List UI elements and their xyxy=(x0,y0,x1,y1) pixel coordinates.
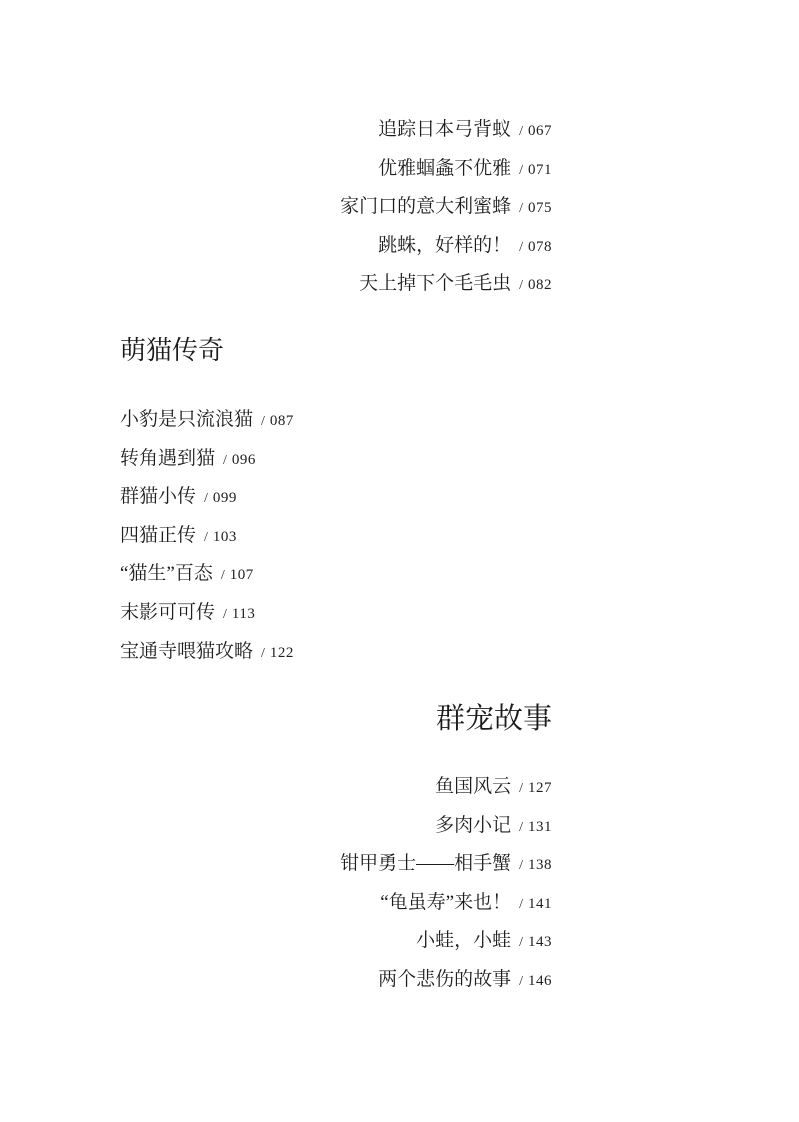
toc-entry: 家门口的意大利蜜蜂/075 xyxy=(340,189,552,228)
toc-entry-page: 122 xyxy=(270,645,294,661)
toc-entry-separator: / xyxy=(519,124,523,139)
toc-entry: 四猫正传/103 xyxy=(120,518,294,557)
toc-entry-page: 067 xyxy=(528,123,552,139)
toc-entry: 群猫小传/099 xyxy=(120,479,294,518)
toc-entry-page: 103 xyxy=(213,529,237,545)
toc-entry-page: 138 xyxy=(528,857,552,873)
toc-entry: 两个悲伤的故事/146 xyxy=(340,962,552,1001)
toc-entry: 小蛙，小蛙/143 xyxy=(340,923,552,962)
toc-entry: 宝通寺喂猫攻略/122 xyxy=(120,634,294,673)
toc-entry-title: 末影可可传 xyxy=(120,602,215,623)
toc-entry: 多肉小记/131 xyxy=(340,808,552,847)
toc-entry-title: 群猫小传 xyxy=(120,486,196,507)
toc-entry-title: 鱼国风云 xyxy=(435,776,511,797)
toc-entry-separator: / xyxy=(221,568,225,583)
toc-entry-separator: / xyxy=(261,646,265,661)
toc-entry-title: “龟虽寿”来也！ xyxy=(380,892,511,913)
toc-entry-page: 078 xyxy=(528,239,552,255)
toc-entry: 追踪日本弓背蚁/067 xyxy=(340,112,552,151)
toc-entry-separator: / xyxy=(519,897,523,912)
toc-entry-separator: / xyxy=(519,781,523,796)
toc-entry: 末影可可传/113 xyxy=(120,595,294,634)
toc-entry-title: 两个悲伤的故事 xyxy=(378,969,511,990)
toc-entry-page: 075 xyxy=(528,200,552,216)
section-heading-cats: 萌猫传奇 xyxy=(120,336,224,366)
toc-entry-page: 087 xyxy=(270,413,294,429)
toc-entry-title: 小蛙，小蛙 xyxy=(416,930,511,951)
toc-entry-separator: / xyxy=(223,607,227,622)
toc-entry-separator: / xyxy=(519,974,523,989)
toc-entry: 优雅蝈螽不优雅/071 xyxy=(340,151,552,190)
toc-entry-page: 146 xyxy=(528,973,552,989)
toc-entry-page: 113 xyxy=(232,606,255,622)
toc-entry-separator: / xyxy=(204,530,208,545)
toc-entry: 跳蛛，好样的！/078 xyxy=(340,228,552,267)
toc-section-list-pets: 鱼国风云/127 多肉小记/131 钳甲勇士——相手蟹/138 “龟虽寿”来也！… xyxy=(340,769,552,1001)
toc-entry-separator: / xyxy=(519,163,523,178)
toc-entry-separator: / xyxy=(519,935,523,950)
toc-entry-separator: / xyxy=(519,201,523,216)
toc-entry-separator: / xyxy=(519,820,523,835)
toc-entry-title: 多肉小记 xyxy=(435,815,511,836)
toc-entry-title: 追踪日本弓背蚁 xyxy=(378,119,511,140)
toc-entry-title: 小豹是只流浪猫 xyxy=(120,409,253,430)
toc-entry-page: 096 xyxy=(232,452,256,468)
toc-entry-title: 钳甲勇士——相手蟹 xyxy=(340,853,511,874)
toc-entry-title: 跳蛛，好样的！ xyxy=(378,235,511,256)
toc-entry-separator: / xyxy=(519,278,523,293)
toc-entry-page: 082 xyxy=(528,277,552,293)
toc-entry-title: 天上掉下个毛毛虫 xyxy=(359,273,511,294)
toc-entry-page: 127 xyxy=(528,780,552,796)
toc-entry-page: 107 xyxy=(230,567,254,583)
toc-entry-separator: / xyxy=(261,414,265,429)
toc-entry-separator: / xyxy=(204,491,208,506)
toc-entry-page: 099 xyxy=(213,490,237,506)
toc-entry: “龟虽寿”来也！/141 xyxy=(340,885,552,924)
toc-entry-page: 143 xyxy=(528,934,552,950)
toc-entry: “猫生”百态/107 xyxy=(120,556,294,595)
toc-entry-page: 141 xyxy=(528,896,552,912)
toc-entry: 转角遇到猫/096 xyxy=(120,441,294,480)
toc-entry: 天上掉下个毛毛虫/082 xyxy=(340,266,552,305)
toc-entry-title: 四猫正传 xyxy=(120,525,196,546)
section-heading-pets: 群宠故事 xyxy=(436,702,552,736)
toc-entry-title: 优雅蝈螽不优雅 xyxy=(378,158,511,179)
toc-entry-page: 131 xyxy=(528,819,552,835)
toc-entry: 鱼国风云/127 xyxy=(340,769,552,808)
toc-entry-separator: / xyxy=(223,453,227,468)
toc-entry-title: “猫生”百态 xyxy=(120,563,213,584)
toc-page: 追踪日本弓背蚁/067 优雅蝈螽不优雅/071 家门口的意大利蜜蜂/075 跳蛛… xyxy=(0,0,799,1122)
toc-entry: 小豹是只流浪猫/087 xyxy=(120,402,294,441)
toc-entry-title: 家门口的意大利蜜蜂 xyxy=(340,196,511,217)
toc-entry: 钳甲勇士——相手蟹/138 xyxy=(340,846,552,885)
toc-section-list-cats: 小豹是只流浪猫/087 转角遇到猫/096 群猫小传/099 四猫正传/103 … xyxy=(120,402,294,672)
toc-continued-list: 追踪日本弓背蚁/067 优雅蝈螽不优雅/071 家门口的意大利蜜蜂/075 跳蛛… xyxy=(340,112,552,305)
toc-entry-page: 071 xyxy=(528,162,552,178)
toc-entry-separator: / xyxy=(519,858,523,873)
toc-entry-title: 转角遇到猫 xyxy=(120,448,215,469)
toc-entry-separator: / xyxy=(519,240,523,255)
toc-entry-title: 宝通寺喂猫攻略 xyxy=(120,641,253,662)
